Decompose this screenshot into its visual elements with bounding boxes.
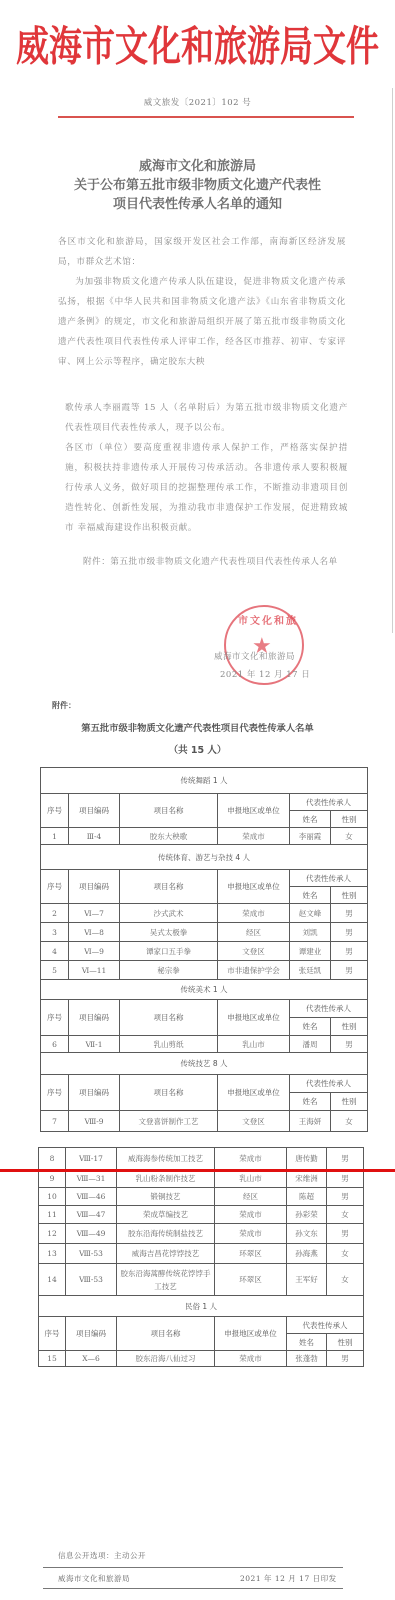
col-header-code: 项目编码: [69, 794, 120, 828]
cell-gender: 男: [327, 1224, 364, 1244]
col-header-code: 项目编码: [69, 1000, 120, 1036]
inheritor-table-part-2: 8 Ⅷ-17 威海海参传统加工技艺 荣成市 唐传勤 男 9 Ⅷ—31 乳山粉条制…: [38, 1147, 364, 1367]
col-header-person: 姓名: [290, 811, 331, 828]
cell-gender: 女: [331, 828, 368, 845]
header-divider: [58, 116, 354, 118]
table-row: 9 Ⅷ—31 乳山粉条制作技艺 乳山市 宋维洲 男: [39, 1170, 364, 1188]
cell-region: 荣成市: [218, 904, 290, 923]
attachment-label: 附件：: [52, 700, 76, 711]
cell-person: 唐传勤: [287, 1148, 327, 1170]
col-header-inheritor: 代表性传承人: [287, 1317, 364, 1334]
document-header-title: 威海市文化和旅游局文件: [0, 14, 395, 73]
cell-no: 3: [41, 923, 69, 942]
cell-gender: 男: [331, 1036, 368, 1053]
recipients: 各区市文化和旅游局，国家级开发区社会工作部，南海新区经济发展局，市群众艺术馆：: [58, 232, 346, 272]
category-header: 传统技艺 8 人: [41, 1053, 368, 1075]
cell-name: 乳山剪纸: [120, 1036, 218, 1053]
table-row: 6 Ⅶ-1 乳山剪纸 乳山市 潘周 男: [41, 1036, 368, 1053]
cell-gender: 男: [331, 923, 368, 942]
cell-no: 5: [41, 961, 69, 980]
cell-gender: 男: [327, 1188, 364, 1206]
cell-code: Ⅷ—31: [66, 1170, 117, 1188]
cell-code: Ⅵ—11: [69, 961, 120, 980]
table-row: 5 Ⅵ—11 秘宗拳 市非遗保护学会 张廷凯 男: [41, 961, 368, 980]
cell-name: 锻铜技艺: [117, 1188, 215, 1206]
col-header-gender: 性别: [327, 1334, 364, 1351]
table-row: 8 Ⅷ-17 威海海参传统加工技艺 荣成市 唐传勤 男: [39, 1148, 364, 1170]
table-row: 1 Ⅲ-4 胶东大秧歌 荣成市 李丽霞 女: [41, 828, 368, 845]
col-header-region: 申报地区或单位: [218, 1075, 290, 1111]
col-header-name: 项目名称: [120, 1075, 218, 1111]
cell-name: 胶东沿海八仙过习: [117, 1351, 215, 1367]
cell-gender: 男: [327, 1351, 364, 1367]
notice-title-line-3: 项目代表性传承人名单的通知: [0, 195, 395, 214]
cell-gender: 女: [327, 1206, 364, 1224]
cell-gender: 男: [331, 961, 368, 980]
cell-code: Ⅹ—6: [66, 1351, 117, 1367]
cell-no: 10: [39, 1188, 66, 1206]
cell-code: Ⅷ—46: [66, 1188, 117, 1206]
cell-region: 环翠区: [215, 1244, 287, 1264]
col-header-code: 项目编码: [69, 1075, 120, 1111]
col-header-region: 申报地区或单位: [215, 1317, 287, 1351]
paragraph-2: 歌传承人李丽霞等 15 人（名单附后）为第五批市级非物质文化遗产代表性项目代表性…: [65, 398, 348, 438]
col-header-inheritor: 代表性传承人: [290, 870, 368, 887]
col-header-region: 申报地区或单位: [218, 1000, 290, 1036]
cell-region: 荣成市: [215, 1206, 287, 1224]
cell-no: 11: [39, 1206, 66, 1224]
cell-no: 1: [41, 828, 69, 845]
cell-gender: 男: [331, 942, 368, 961]
notice-title-line-1: 威海市文化和旅游局: [0, 157, 395, 176]
cell-no: 15: [39, 1351, 66, 1367]
cell-person: 孙海燕: [287, 1244, 327, 1264]
paragraph-1: 为加强非物质文化遗产传承人队伍建设，促进非物质文化遗产传承弘扬，根据《中华人民共…: [58, 272, 346, 372]
cell-code: Ⅵ—9: [69, 942, 120, 961]
footer-org: 威海市文化和旅游局: [58, 1573, 130, 1584]
cell-region: 文登区: [218, 942, 290, 961]
col-header-inheritor: 代表性传承人: [290, 1000, 368, 1018]
col-header-person: 姓名: [290, 887, 331, 904]
cell-gender: 男: [327, 1148, 364, 1170]
cell-person: 张蓬勃: [287, 1351, 327, 1367]
disclosure-option: 信息公开选项：主动公开: [58, 1550, 146, 1561]
cell-name: 胶东沿海传统制盐技艺: [117, 1224, 215, 1244]
col-header-no: 序号: [41, 870, 69, 904]
col-header-code: 项目编码: [69, 870, 120, 904]
cell-region: 荣成市: [215, 1224, 287, 1244]
document-number: 威文旅发〔2021〕102 号: [0, 96, 395, 108]
cell-no: 7: [41, 1111, 69, 1132]
table-row: 11 Ⅷ—47 荣成草编技艺 荣成市 孙彩荣 女: [39, 1206, 364, 1224]
cell-no: 8: [39, 1148, 66, 1170]
cell-no: 9: [39, 1170, 66, 1188]
cell-code: Ⅷ-53: [66, 1244, 117, 1264]
col-header-no: 序号: [41, 794, 69, 828]
cell-name: 威海海参传统加工技艺: [117, 1148, 215, 1170]
cell-person: 王海妍: [290, 1111, 331, 1132]
cell-region: 乳山市: [215, 1170, 287, 1188]
cell-person: 孙彩荣: [287, 1206, 327, 1224]
signature-date: 2021 年 12 月 17 日: [220, 668, 310, 680]
notice-title-line-2: 关于公布第五批市级非物质文化遗产代表性: [0, 176, 395, 195]
col-header-no: 序号: [39, 1317, 66, 1351]
cell-gender: 男: [327, 1170, 364, 1188]
table-row: 4 Ⅵ—9 谭家口五手拳 文登区 谭建业 男: [41, 942, 368, 961]
notice-body-part-2: 歌传承人李丽霞等 15 人（名单附后）为第五批市级非物质文化遗产代表性项目代表性…: [65, 398, 348, 538]
col-header-name: 项目名称: [120, 794, 218, 828]
col-header-code: 项目编码: [66, 1317, 117, 1351]
cell-code: Ⅷ-53: [66, 1264, 117, 1296]
col-header-name: 项目名称: [120, 1000, 218, 1036]
cell-no: 12: [39, 1224, 66, 1244]
cell-region: 文登区: [218, 1111, 290, 1132]
col-header-person: 姓名: [290, 1093, 331, 1111]
cell-name: 秘宗拳: [120, 961, 218, 980]
cell-person: 潘周: [290, 1036, 331, 1053]
cell-name: 荣成草编技艺: [117, 1206, 215, 1224]
cell-region: 乳山市: [218, 1036, 290, 1053]
col-header-gender: 性别: [331, 1018, 368, 1036]
col-header-person: 姓名: [287, 1334, 327, 1351]
inheritor-table-part-1: 传统舞蹈 1 人 序号 项目编码 项目名称 申报地区或单位 代表性传承人 姓名 …: [40, 767, 368, 1132]
paragraph-3: 各区市（单位）要高度重视非遗传承人保护工作，严格落实保护措施，积极扶持非遗传承人…: [65, 438, 348, 538]
cell-name: 乳山粉条制作技艺: [117, 1170, 215, 1188]
col-header-person: 姓名: [290, 1018, 331, 1036]
footer-print-date: 2021 年 12 月 17 日印发: [240, 1573, 337, 1584]
attachment-count: （共 15 人）: [0, 742, 395, 756]
cell-code: Ⅵ—7: [69, 904, 120, 923]
category-header: 传统舞蹈 1 人: [41, 768, 368, 794]
col-header-inheritor: 代表性传承人: [290, 1075, 368, 1093]
col-header-region: 申报地区或单位: [218, 794, 290, 828]
table-row: 2 Ⅵ—7 沙式武术 荣成市 赵文峰 男: [41, 904, 368, 923]
table-row: 7 Ⅷ-9 文登喜饼制作工艺 文登区 王海妍 女: [41, 1111, 368, 1132]
cell-region: 荣成市: [215, 1351, 287, 1367]
cell-name: 谭家口五手拳: [120, 942, 218, 961]
notice-title: 威海市文化和旅游局 关于公布第五批市级非物质文化遗产代表性 项目代表性传承人名单…: [0, 157, 395, 214]
red-highlight-line: [0, 1169, 395, 1172]
category-header: 传统体育、游艺与杂技 4 人: [41, 845, 368, 870]
cell-code: Ⅲ-4: [69, 828, 120, 845]
cell-person: 李丽霞: [290, 828, 331, 845]
notice-body-part-1: 各区市文化和旅游局，国家级开发区社会工作部，南海新区经济发展局，市群众艺术馆： …: [58, 232, 346, 372]
cell-name: 文登喜饼制作工艺: [120, 1111, 218, 1132]
attachment-title: 第五批市级非物质文化遗产代表性项目代表性传承人名单: [0, 720, 395, 734]
col-header-no: 序号: [41, 1000, 69, 1036]
col-header-name: 项目名称: [120, 870, 218, 904]
cell-person: 孙文东: [287, 1224, 327, 1244]
cell-region: 市非遗保护学会: [218, 961, 290, 980]
attachment-note: 附件：第五批市级非物质文化遗产代表性项目代表性传承人名单: [83, 555, 363, 567]
footer-divider-top: [43, 1567, 343, 1568]
footer-divider-bottom: [43, 1588, 343, 1589]
table-row: 14 Ⅷ-53 胶东沿海蒿酵传统花饽饽手工技艺 环翠区 王军好 女: [39, 1264, 364, 1296]
cell-gender: 女: [327, 1264, 364, 1296]
category-header: 传统美术 1 人: [41, 980, 368, 1000]
cell-gender: 女: [331, 1111, 368, 1132]
cell-gender: 男: [331, 904, 368, 923]
cell-code: Ⅵ—8: [69, 923, 120, 942]
table-row: 12 Ⅷ—49 胶东沿海传统制盐技艺 荣成市 孙文东 男: [39, 1224, 364, 1244]
cell-region: 环翠区: [215, 1264, 287, 1296]
cell-no: 14: [39, 1264, 66, 1296]
cell-no: 4: [41, 942, 69, 961]
cell-code: Ⅷ—47: [66, 1206, 117, 1224]
cell-region: 经区: [218, 923, 290, 942]
table-row: 10 Ⅷ—46 锻铜技艺 经区 陈超 男: [39, 1188, 364, 1206]
table-row: 15 Ⅹ—6 胶东沿海八仙过习 荣成市 张蓬勃 男: [39, 1351, 364, 1367]
cell-no: 13: [39, 1244, 66, 1264]
cell-person: 张廷凯: [290, 961, 331, 980]
table-row: 13 Ⅷ-53 威海吉昌花饽饽技艺 环翠区 孙海燕 女: [39, 1244, 364, 1264]
cell-no: 6: [41, 1036, 69, 1053]
cell-name: 胶东大秧歌: [120, 828, 218, 845]
cell-person: 谭建业: [290, 942, 331, 961]
category-header: 民俗 1 人: [39, 1296, 364, 1317]
col-header-inheritor: 代表性传承人: [290, 794, 368, 811]
cell-person: 王军好: [287, 1264, 327, 1296]
cell-person: 赵文峰: [290, 904, 331, 923]
cell-code: Ⅶ-1: [69, 1036, 120, 1053]
col-header-region: 申报地区或单位: [218, 870, 290, 904]
cell-name: 吴式太极拳: [120, 923, 218, 942]
col-header-gender: 性别: [331, 1093, 368, 1111]
cell-name: 威海吉昌花饽饽技艺: [117, 1244, 215, 1264]
seal-text: 市文化和旅: [238, 612, 298, 627]
cell-code: Ⅷ-17: [66, 1148, 117, 1170]
signature-org: 威海市文化和旅游局: [214, 650, 295, 662]
cell-person: 宋维洲: [287, 1170, 327, 1188]
cell-gender: 女: [327, 1244, 364, 1264]
cell-name: 沙式武术: [120, 904, 218, 923]
cell-person: 刘凯: [290, 923, 331, 942]
cell-person: 陈超: [287, 1188, 327, 1206]
cell-code: Ⅷ—49: [66, 1224, 117, 1244]
cell-region: 荣成市: [215, 1148, 287, 1170]
col-header-name: 项目名称: [117, 1317, 215, 1351]
cell-region: 荣成市: [218, 828, 290, 845]
cell-name: 胶东沿海蒿酵传统花饽饽手工技艺: [117, 1264, 215, 1296]
cell-no: 2: [41, 904, 69, 923]
col-header-no: 序号: [41, 1075, 69, 1111]
col-header-gender: 性别: [331, 887, 368, 904]
cell-region: 经区: [215, 1188, 287, 1206]
cell-code: Ⅷ-9: [69, 1111, 120, 1132]
table-row: 3 Ⅵ—8 吴式太极拳 经区 刘凯 男: [41, 923, 368, 942]
col-header-gender: 性别: [331, 811, 368, 828]
